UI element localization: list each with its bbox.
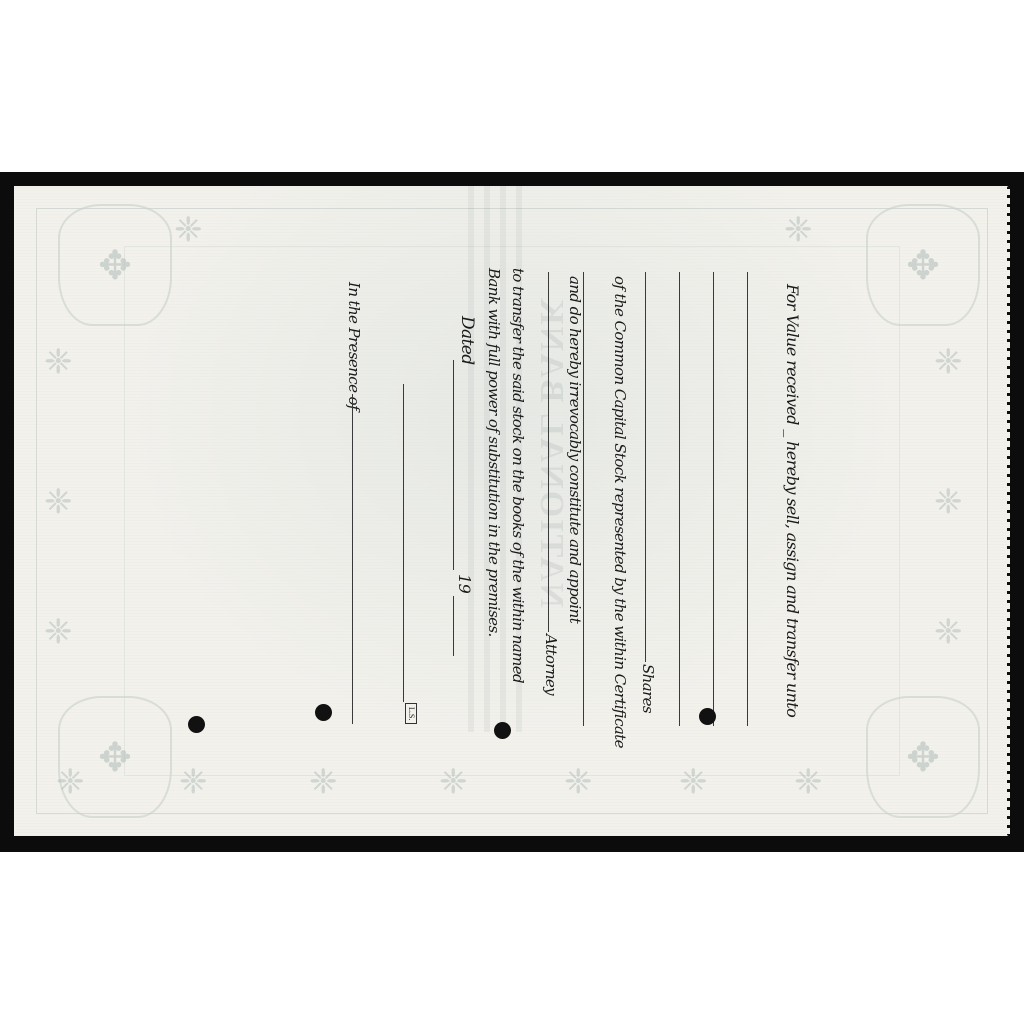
punch-hole [188, 716, 205, 733]
corner-rosette-icon: ✥ [58, 204, 172, 326]
year-line[interactable] [453, 596, 454, 656]
punch-hole [315, 704, 332, 721]
common-stock-text: of the Common Capital Stock represented … [612, 276, 627, 748]
ornament-icon: ❈ [934, 486, 963, 520]
for-value-received-text: For Value received _ hereby sell, assign… [784, 284, 800, 717]
ornament-icon: ❈ [44, 486, 73, 520]
ornament-icon: ❈ [179, 766, 208, 800]
transfer-text: to transfer the said stock on the books … [510, 268, 525, 683]
ornament-icon: ❈ [174, 214, 203, 248]
assignee-line[interactable] [747, 272, 748, 726]
bank-power-text: Bank with full power of substitution in … [486, 268, 501, 637]
ornament-icon: ❈ [439, 766, 468, 800]
ornament-icon: ❈ [794, 766, 823, 800]
ornament-icon: ❈ [56, 766, 85, 800]
punch-hole [699, 708, 716, 725]
shares-label: Shares [640, 664, 655, 713]
attorney-label: Attorney [543, 634, 558, 695]
assignee-line[interactable] [679, 272, 680, 726]
assignee-line[interactable] [713, 272, 714, 726]
presence-label: In the Presence of [346, 282, 361, 410]
attorney-appoint-line[interactable] [548, 272, 549, 632]
corner-rosette-icon: ✥ [866, 696, 980, 818]
shares-count-line[interactable] [645, 272, 646, 662]
ornament-icon: ❈ [564, 766, 593, 800]
ornament-icon: ❈ [679, 766, 708, 800]
dated-label: Dated [458, 316, 475, 365]
seal-label: L.S. [405, 703, 417, 724]
perforated-edge [1007, 186, 1010, 836]
ornament-icon: ❈ [784, 214, 813, 248]
ornament-icon: ❈ [934, 346, 963, 380]
ornament-icon: ❈ [934, 616, 963, 650]
punch-hole [494, 722, 511, 739]
constitute-appoint-text: and do hereby irrevocably constitute and… [567, 276, 582, 623]
ornament-icon: ❈ [44, 616, 73, 650]
ornament-icon: ❈ [309, 766, 338, 800]
year-prefix: 19 [456, 574, 472, 593]
witness-line[interactable] [352, 394, 353, 724]
date-line[interactable] [453, 360, 454, 570]
corner-rosette-icon: ✥ [866, 204, 980, 326]
ornament-icon: ❈ [44, 346, 73, 380]
signature-line[interactable] [403, 384, 404, 702]
